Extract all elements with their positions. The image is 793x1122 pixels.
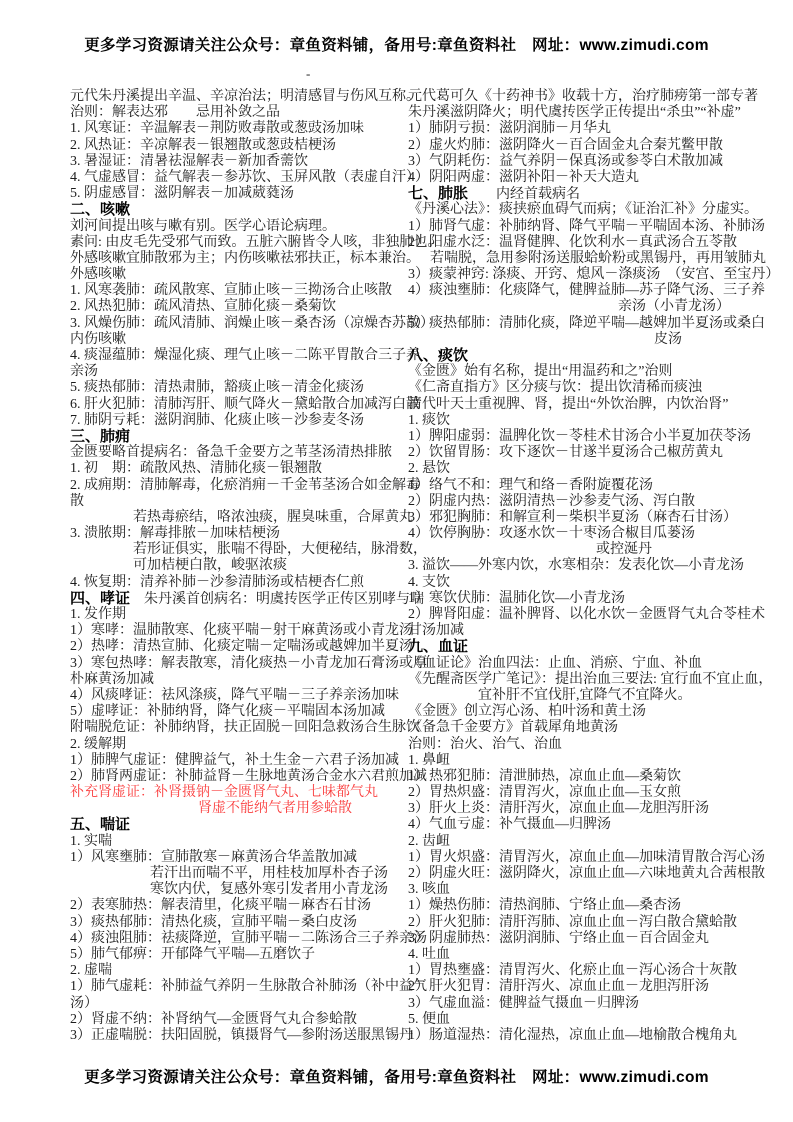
section-heading-label: 二、咳嗽	[70, 201, 130, 218]
line-text: 3. 溢饮——外寒内饮，水寒相杂：发表化饮—小青龙汤	[408, 558, 744, 573]
line-text: 1. 初 期：疏散风热、清肺化痰－银翘散	[70, 461, 322, 476]
doc-line: 1）肺脾气虚证：健脾益气，补土生金－六君子汤加减	[70, 753, 402, 769]
line-text: 《金匮》始有名称，提出“用温药和之”治则	[408, 364, 672, 379]
section-heading-label: 九、血证	[408, 638, 468, 655]
section-heading-label: 五、喘证	[70, 816, 130, 833]
line-text: 2）胃热炽盛：清胃泻火，凉血止血—玉女煎	[408, 785, 681, 800]
line-text: 散	[70, 494, 84, 509]
doc-line: 补充肾虚证：补肾摄钠－金匮肾气丸、七味都气丸	[70, 785, 402, 801]
doc-line: 2）肾虚不纳：补肾纳气—金匮肾气丸合参蛤散	[70, 1012, 402, 1028]
header-promo-text: 更多学习资源请关注公众号：章鱼资料铺，备用号:章鱼资料社 网址：www.zimu…	[0, 33, 793, 55]
doc-line: 1）脾阳虚弱：温脾化饮－苓桂术甘汤合小半夏加茯苓汤	[408, 429, 755, 445]
doc-line: 6. 肝火犯肺：清肺泻肝、顺气降火－黛蛤散合加减泻白散	[70, 397, 402, 413]
doc-line: 若汗出而喘不平，用桂枝加厚朴杏子汤	[70, 866, 402, 882]
document-body: 元代朱丹溪提出辛温、辛凉治法；明清感冒与伤风互称。治则：解表达邪 忌用补敛之品1…	[70, 89, 755, 1044]
line-text: 2. 风热犯肺：疏风清热、宣肺化痰－桑菊饮	[70, 299, 336, 314]
doc-line: 《先醒斋医学广笔记》：提出治血三要法: 宜行血不宜止血，	[408, 672, 755, 688]
line-text: 1）风寒壅肺：宣肺散寒－麻黄汤合华盖散加减	[70, 850, 357, 865]
line-text: 3. 风燥伤肺：疏风清肺、润燥止咳－桑杏汤（凉燥杏苏散）	[70, 316, 434, 331]
doc-line: 4. 痰湿蕴肺：燥湿化痰、理气止咳－二陈平胃散合三子养	[70, 348, 402, 364]
doc-line: 5）痰热郁肺：清肺化痰，降逆平喘—越婢加半夏汤或桑白	[408, 316, 755, 332]
doc-line: 4. 支饮	[408, 575, 755, 591]
line-text: 2）肺肾两虚证：补肺益肾－生脉地黄汤合金水六君煎加减	[70, 769, 427, 784]
document-page: 更多学习资源请关注公众号：章鱼资料铺，备用号:章鱼资料社 网址：www.zimu…	[0, 0, 793, 1122]
line-text: 4）痰浊壅肺：化痰降气，健脾益肺—苏子降气汤、三子养	[408, 283, 765, 298]
line-text: 3. 暑湿证：清暑祛湿解表－新加香薷饮	[70, 154, 308, 169]
doc-line: 《血证论》治血四法：止血、消瘀、宁血、补血	[408, 656, 755, 672]
line-text: 肾虚不能纳气者用参蛤散	[198, 801, 352, 816]
doc-line: 3）气虚血溢：健脾益气摄血－归脾汤	[408, 996, 755, 1012]
line-text: 3）气阴耗伤：益气养阴－保真汤或参苓白术散加减	[408, 154, 723, 169]
line-text: 4. 支饮	[408, 575, 450, 590]
doc-line: 2. 风热证：辛凉解表－银翘散或葱豉桔梗汤	[70, 138, 402, 154]
doc-line: 3）痰热郁肺：清热化痰，宣肺平喘－桑白皮汤	[70, 915, 402, 931]
doc-line: 皮汤	[408, 332, 755, 348]
line-text: 《金匮》创立泻心汤、柏叶汤和黄土汤	[408, 704, 646, 719]
doc-line: 2）阴虚内热：滋阴清热－沙参麦气汤、泻白散	[408, 494, 755, 510]
doc-line: 2. 虚喘	[70, 963, 402, 979]
line-text: 1. 风寒袭肺：疏风散寒、宣肺止咳－三拗汤合止咳散	[70, 283, 392, 298]
doc-line: 2）阳虚水泛：温肾健脾、化饮利水－真武汤合五苓散	[408, 235, 755, 251]
line-text: 2. 虚喘	[70, 963, 112, 978]
doc-line: 金匮要略首提病名：备急千金要方之苇茎汤清热排脓	[70, 445, 402, 461]
doc-line: 宜补肝不宜伐肝,宜降气不宜降火。	[408, 688, 755, 704]
doc-line: 1）寒哮：温肺散寒、化痰平喘－射干麻黄汤或小青龙汤	[70, 623, 402, 639]
doc-line: 四、哮证 朱丹溪首创病名：明虞抟医学正传区别哮与喘	[70, 591, 402, 607]
doc-line: 2）脾肾阳虚：温补脾肾、以化水饮－金匮肾气丸合苓桂术	[408, 607, 755, 623]
line-text: 若形证俱实，胀喘不得卧，大便秘结，脉滑数，	[133, 542, 427, 557]
doc-line: 若热毒瘀结，咯浓浊痰，腥臭味重，合犀黄丸	[70, 510, 402, 526]
line-text: 附喘脱危证：补肺纳肾，扶正固脱－回阳急救汤合生脉饮	[70, 720, 420, 735]
line-text: 内伤咳嗽	[70, 332, 126, 347]
doc-line: 5. 便血	[408, 1012, 755, 1028]
line-text: 4）痰浊阻肺：祛痰降逆，宣肺平喘－二陈汤合三子养亲汤	[70, 931, 427, 946]
doc-line: 外感咳嗽宜肺散邪为主；内伤咳嗽祛邪扶正，标本兼治。	[70, 251, 402, 267]
doc-line: 1. 风寒袭肺：疏风散寒、宣肺止咳－三拗汤合止咳散	[70, 283, 402, 299]
doc-line: 7. 肺阴亏耗：滋阴润肺、化痰止咳－沙参麦冬汤	[70, 413, 402, 429]
doc-line: 3）肝火上炎：清肝泻火，凉血止血—龙胆泻肝汤	[408, 801, 755, 817]
doc-line: 3. 暑湿证：清暑祛湿解表－新加香薷饮	[70, 154, 402, 170]
doc-line: 4. 吐血	[408, 947, 755, 963]
doc-line: 4. 气虚感冒：益气解表－参苏饮、玉屏风散（表虚自汗）	[70, 170, 402, 186]
doc-line: 2. 齿衄	[408, 834, 755, 850]
doc-line: 甘汤加减	[408, 623, 755, 639]
doc-line: 《金匮》创立泻心汤、柏叶汤和黄土汤	[408, 704, 755, 720]
line-text: 《血证论》治血四法：止血、消瘀、宁血、补血	[408, 656, 702, 671]
line-text: 3）寒包热哮：解表散寒，清化痰热－小青龙加石膏汤或厚	[70, 656, 427, 671]
doc-line: 可加桔梗白散，峻驱浓痰	[70, 558, 402, 574]
line-text: 1）肺气虚耗：补肺益气养阴－生脉散合补肺汤（补中益气	[70, 979, 427, 994]
doc-line: 2. 缓解期	[70, 737, 402, 753]
line-text: 5. 痰热郁肺：清热肃肺，豁痰止咳－清金化痰汤	[70, 380, 364, 395]
line-text: 4. 吐血	[408, 947, 450, 962]
doc-line: 2）肝火犯胃：清肝泻火、凉血止血－龙胆泻肝汤	[408, 979, 755, 995]
doc-line: 5）虚哮证：补肺纳肾，降气化痰－平喘固本汤加减	[70, 704, 402, 720]
line-text: 2. 风热证：辛凉解表－银翘散或葱豉桔梗汤	[70, 138, 336, 153]
line-text: 皮汤	[654, 332, 682, 347]
doc-line: 亲汤（小青龙汤）	[408, 299, 755, 315]
doc-line: 刘河间提出咳与嗽有别。医学心语论病理。	[70, 219, 402, 235]
doc-line: 5. 痰热郁肺：清热肃肺，豁痰止咳－清金化痰汤	[70, 380, 402, 396]
line-text: 3. 溃脓期：解毒排脓－加味桔梗汤	[70, 526, 280, 541]
doc-line: 3）阴虚肺热：滋阴润肺、宁络止血－百合固金丸	[408, 931, 755, 947]
doc-line: 外感咳嗽	[70, 267, 402, 283]
line-text: 1）胃火炽盛：清胃泻火，凉血止血—加味清胃散合泻心汤	[408, 850, 765, 865]
doc-line: 4）气血亏虚：补气摄血—归脾汤	[408, 817, 755, 833]
line-text: 5. 便血	[408, 1012, 450, 1027]
line-text: 3）正虚喘脱：扶阳固脱，镇摄肾气—参附汤送服黑锡丹	[70, 1028, 413, 1043]
doc-line: 1. 痰饮	[408, 413, 755, 429]
doc-line: 4）风痰哮证：祛风涤痰，降气平喘－三子养亲汤加味	[70, 688, 402, 704]
line-text: 1. 痰饮	[408, 413, 450, 428]
line-text: 内经首载病名	[468, 187, 580, 202]
doc-line: 1. 发作期	[70, 607, 402, 623]
line-text: 2）虚火灼肺：滋阴降火－百合固金丸合秦艽鳖甲散	[408, 138, 723, 153]
doc-line: 3）寒包热哮：解表散寒，清化痰热－小青龙加石膏汤或厚	[70, 656, 402, 672]
doc-line: 1）胃火炽盛：清胃泻火，凉血止血—加味清胃散合泻心汤	[408, 850, 755, 866]
line-text: 3）气虚血溢：健脾益气摄血－归脾汤	[408, 996, 639, 1011]
line-text: 4）阴阳两虚：滋阴补阳－补天大造丸	[408, 170, 639, 185]
doc-line: 1）肺肾气虚：补肺纳肾、降气平喘－平喘固本汤、补肺汤	[408, 219, 755, 235]
line-text: 4）气血亏虚：补气摄血—归脾汤	[408, 817, 611, 832]
doc-line: 2）饮留胃肠：攻下逐饮－甘遂半夏汤合己椒苈黄丸	[408, 445, 755, 461]
doc-line: 清代叶天士重视脾、肾，提出“外饮治脾，内饮治肾”	[408, 397, 755, 413]
doc-line: 1）燥热伤肺：清热润肺、宁络止血—桑杏汤	[408, 898, 755, 914]
line-text: 甘汤加减	[408, 623, 464, 638]
line-text: 1. 发作期	[70, 607, 126, 622]
doc-line: 或控涎丹	[408, 542, 755, 558]
section-heading: 五、喘证	[70, 817, 402, 833]
doc-line: 附喘脱危证：补肺纳肾，扶正固脱－回阳急救汤合生脉饮	[70, 720, 402, 736]
doc-line: 1）络气不和：理气和络－香附旋覆花汤	[408, 478, 755, 494]
doc-line: 2）胃热炽盛：清胃泻火，凉血止血—玉女煎	[408, 785, 755, 801]
doc-line: 5. 阴虚感冒：滋阴解表－加减葳蕤汤	[70, 186, 402, 202]
line-text: 5）虚哮证：补肺纳肾，降气化痰－平喘固本汤加减	[70, 704, 385, 719]
line-text: 若热毒瘀结，咯浓浊痰，腥臭味重，合犀黄丸	[133, 510, 413, 525]
section-heading-label: 四、哮证	[70, 590, 130, 607]
doc-line: 2）热哮：清热宣肺、化痰定喘－定喘汤或越婢加半夏汤	[70, 639, 402, 655]
line-text: 4. 气虚感冒：益气解表－参苏饮、玉屏风散（表虚自汗）	[70, 170, 420, 185]
line-text: 4）风痰哮证：祛风涤痰，降气平喘－三子养亲汤加味	[70, 688, 399, 703]
doc-line: 1. 风寒证：辛温解表－荆防败毒散或葱豉汤加味	[70, 121, 402, 137]
doc-line: 七、肺胀 内经首载病名	[408, 186, 755, 202]
line-text: 可加桔梗白散，峻驱浓痰	[133, 558, 287, 573]
doc-line: 3. 风燥伤肺：疏风清肺、润燥止咳－桑杏汤（凉燥杏苏散）	[70, 316, 402, 332]
doc-line: 2）表寒肺热：解表清里，化痰平喘－麻杏石甘汤	[70, 898, 402, 914]
line-text: 3）痰蒙神窍: 涤痰、开窍、熄风－涤痰汤 （安宫、至宝丹）	[408, 267, 779, 282]
line-text: 素问: 由皮毛先受邪气而致。五脏六腑皆令人咳，非独肺也。	[70, 235, 441, 250]
line-text: 4. 恢复期：清养补肺－沙参清肺汤或桔梗杏仁煎	[70, 575, 364, 590]
line-text: 1）燥热伤肺：清热润肺、宁络止血—桑杏汤	[408, 898, 681, 913]
line-text: 1. 鼻衄	[408, 753, 450, 768]
doc-line: 1）肺阴亏损：滋阴润肺－月华丸	[408, 121, 755, 137]
line-text: 寒饮内伏，复感外寒引发者用小青龙汤	[150, 882, 388, 897]
footer-promo-text: 更多学习资源请关注公众号：章鱼资料铺，备用号:章鱼资料社 网址：www.zimu…	[0, 1065, 793, 1087]
section-heading: 二、咳嗽	[70, 202, 402, 218]
doc-line: 4）痰浊阻肺：祛痰降逆，宣肺平喘－二陈汤合三子养亲汤	[70, 931, 402, 947]
line-text: 1）热邪犯肺：清泄肺热，凉血止血—桑菊饮	[408, 769, 681, 784]
doc-line: 1. 鼻衄	[408, 753, 755, 769]
doc-line: 散	[70, 494, 402, 510]
line-text: 1）肠道湿热：清化湿热，凉血止血—地榆散合槐角丸	[408, 1028, 737, 1043]
line-text: 2. 缓解期	[70, 737, 126, 752]
doc-line: 3）气阴耗伤：益气养阴－保真汤或参苓白术散加减	[408, 154, 755, 170]
line-text: 2）脾肾阳虚：温补脾肾、以化水饮－金匮肾气丸合苓桂术	[408, 607, 765, 622]
doc-line: 1）风寒壅肺：宣肺散寒－麻黄汤合华盖散加减	[70, 850, 402, 866]
line-text: 1）肺阴亏损：滋阴润肺－月华丸	[408, 121, 611, 136]
line-text: 1）脾阳虚弱：温脾化饮－苓桂术甘汤合小半夏加茯苓汤	[408, 429, 751, 444]
line-text: 3）邪犯胸肺：和解宣利－柴枳半夏汤（麻杏石甘汤）	[408, 510, 737, 525]
doc-line: 3. 咳血	[408, 882, 755, 898]
line-text: 外感咳嗽	[70, 267, 126, 282]
line-text: 2）阳虚水泛：温肾健脾、化饮利水－真武汤合五苓散	[408, 235, 737, 250]
doc-line: 朱丹溪滋阴降火；明代虞抟医学正传提出“杀虫”“补虚”	[408, 105, 755, 121]
page-dash-mark: -	[306, 66, 310, 82]
doc-line: 汤）	[70, 996, 402, 1012]
line-text: 汤）	[70, 996, 98, 1011]
line-text: 4. 痰湿蕴肺：燥湿化痰、理气止咳－二陈平胃散合三子养	[70, 348, 420, 363]
section-heading: 九、血证	[408, 639, 755, 655]
section-heading: 三、肺痈	[70, 429, 402, 445]
line-text: 《丹溪心法》：痰挟瘀血碍气而病；《证治汇补》分虚实。	[408, 202, 758, 217]
doc-line: 《金匮》始有名称，提出“用温药和之”治则	[408, 364, 755, 380]
doc-line: 2. 悬饮	[408, 461, 755, 477]
doc-line: 3）痰蒙神窍: 涤痰、开窍、熄风－涤痰汤 （安宫、至宝丹）	[408, 267, 755, 283]
doc-line: 治则：解表达邪 忌用补敛之品	[70, 105, 402, 121]
doc-line: 肾虚不能纳气者用参蛤散	[70, 801, 402, 817]
line-text: 清代叶天士重视脾、肾，提出“外饮治脾，内饮治肾”	[408, 397, 728, 412]
doc-line: 2）肺肾两虚证：补肺益肾－生脉地黄汤合金水六君煎加减	[70, 769, 402, 785]
doc-line: 4. 恢复期：清养补肺－沙参清肺汤或桔梗杏仁煎	[70, 575, 402, 591]
line-text: 若汗出而喘不平，用桂枝加厚朴杏子汤	[150, 866, 388, 881]
doc-line: 1）寒饮伏肺：温肺化饮—小青龙汤	[408, 591, 755, 607]
doc-line: 5）肺气郁痹：开郁降气平喘—五磨饮子	[70, 947, 402, 963]
line-text: 亲汤	[70, 364, 98, 379]
line-text: 亲汤（小青龙汤）	[618, 299, 730, 314]
doc-line: 1. 实喘	[70, 834, 402, 850]
doc-line: 若喘脱，急用参附汤送服蛤蚧粉或黑锡丹，再用皱肺丸	[408, 251, 755, 267]
line-text: 补充肾虚证：补肾摄钠－金匮肾气丸、七味都气丸	[70, 785, 378, 800]
line-text: 1. 风寒证：辛温解表－荆防败毒散或葱豉汤加味	[70, 121, 364, 136]
doc-line: 朴麻黄汤加减	[70, 672, 402, 688]
line-text: 若喘脱，急用参附汤送服蛤蚧粉或黑锡丹，再用皱肺丸	[430, 251, 766, 266]
line-text: 治则：解表达邪 忌用补敛之品	[70, 105, 280, 120]
line-text: 2）表寒肺热：解表清里，化痰平喘－麻杏石甘汤	[70, 898, 371, 913]
line-text: 《仁斋直指方》区分痰与饮：提出饮清稀而痰浊	[408, 380, 702, 395]
line-text: 元代葛可久《十药神书》收载十方，治疗肺痨第一部专著	[408, 89, 758, 104]
doc-line: 4）阴阳两虚：滋阴补阳－补天大造丸	[408, 170, 755, 186]
line-text: 1）肺肾气虚：补肺纳肾、降气平喘－平喘固本汤、补肺汤	[408, 219, 765, 234]
line-text: 朴麻黄汤加减	[70, 672, 154, 687]
doc-line: 1）胃热壅盛：清胃泻火、化瘀止血－泻心汤合十灰散	[408, 963, 755, 979]
line-text: 7. 肺阴亏耗：滋阴润肺、化痰止咳－沙参麦冬汤	[70, 413, 364, 428]
doc-line: 2）肝火犯肺：清肝泻肺、凉血止血－泻白散合黛蛤散	[408, 915, 755, 931]
doc-line: 4）饮停胸胁：攻逐水饮－十枣汤合椒目瓜蒌汤	[408, 526, 755, 542]
doc-line: 《丹溪心法》：痰挟瘀血碍气而病；《证治汇补》分虚实。	[408, 202, 755, 218]
doc-line: 2. 风热犯肺：疏风清热、宣肺化痰－桑菊饮	[70, 299, 402, 315]
line-text: 刘河间提出咳与嗽有别。医学心语论病理。	[70, 219, 336, 234]
line-text: 元代朱丹溪提出辛温、辛凉治法；明清感冒与伤风互称。	[70, 89, 420, 104]
line-text: 2. 悬饮	[408, 461, 450, 476]
doc-line: 3. 溢饮——外寒内饮，水寒相杂：发表化饮—小青龙汤	[408, 558, 755, 574]
doc-line: 1）热邪犯肺：清泄肺热，凉血止血—桑菊饮	[408, 769, 755, 785]
line-text: 2）热哮：清热宣肺、化痰定喘－定喘汤或越婢加半夏汤	[70, 639, 413, 654]
doc-line: 《备急千金要方》首载犀角地黄汤	[408, 720, 755, 736]
doc-line: 素问: 由皮毛先受邪气而致。五脏六腑皆令人咳，非独肺也。	[70, 235, 402, 251]
doc-line: 3）邪犯胸肺：和解宣利－柴枳半夏汤（麻杏石甘汤）	[408, 510, 755, 526]
doc-line: 《仁斋直指方》区分痰与饮：提出饮清稀而痰浊	[408, 380, 755, 396]
doc-line: 元代朱丹溪提出辛温、辛凉治法；明清感冒与伤风互称。	[70, 89, 402, 105]
line-text: 外感咳嗽宜肺散邪为主；内伤咳嗽祛邪扶正，标本兼治。	[70, 251, 420, 266]
section-heading-label: 七、肺胀	[408, 185, 468, 202]
line-text: 5）肺气郁痹：开郁降气平喘—五磨饮子	[70, 947, 315, 962]
line-text: 5）痰热郁肺：清肺化痰，降逆平喘—越婢加半夏汤或桑白	[408, 316, 765, 331]
line-text: 2）肝火犯胃：清肝泻火、凉血止血－龙胆泻肝汤	[408, 979, 709, 994]
line-text: 2）肝火犯肺：清肝泻肺、凉血止血－泻白散合黛蛤散	[408, 915, 737, 930]
line-text: 1）寒饮伏肺：温肺化饮—小青龙汤	[408, 591, 625, 606]
doc-line: 寒饮内伏，复感外寒引发者用小青龙汤	[70, 882, 402, 898]
section-heading-label: 三、肺痈	[70, 428, 130, 445]
line-text: 2. 成痈期：清肺解毒，化瘀消痈－千金苇茎汤合如金解毒	[70, 478, 420, 493]
doc-line: 4）痰浊壅肺：化痰降气，健脾益肺—苏子降气汤、三子养	[408, 283, 755, 299]
line-text: 1）络气不和：理气和络－香附旋覆花汤	[408, 478, 653, 493]
doc-line: 2. 成痈期：清肺解毒，化瘀消痈－千金苇茎汤合如金解毒	[70, 478, 402, 494]
line-text: 朱丹溪滋阴降火；明代虞抟医学正传提出“杀虫”“补虚”	[408, 105, 741, 120]
line-text: 3）阴虚肺热：滋阴润肺、宁络止血－百合固金丸	[408, 931, 709, 946]
line-text: 3. 咳血	[408, 882, 450, 897]
line-text: 2）饮留胃肠：攻下逐饮－甘遂半夏汤合己椒苈黄丸	[408, 445, 723, 460]
doc-line: 若形证俱实，胀喘不得卧，大便秘结，脉滑数，	[70, 542, 402, 558]
line-text: 2. 齿衄	[408, 834, 450, 849]
doc-line: 1. 初 期：疏散风热、清肺化痰－银翘散	[70, 461, 402, 477]
line-text: 1）肺脾气虚证：健脾益气，补土生金－六君子汤加减	[70, 753, 399, 768]
line-text: 1）胃热壅盛：清胃泻火、化瘀止血－泻心汤合十灰散	[408, 963, 737, 978]
doc-line: 内伤咳嗽	[70, 332, 402, 348]
section-heading-label: 八、痰饮	[408, 347, 468, 364]
doc-line: 1）肠道湿热：清化湿热，凉血止血—地榆散合槐角丸	[408, 1028, 755, 1044]
doc-line: 2）虚火灼肺：滋阴降火－百合固金丸合秦艽鳖甲散	[408, 138, 755, 154]
doc-line: 亲汤	[70, 364, 402, 380]
line-text: 1. 实喘	[70, 834, 112, 849]
doc-line: 1）肺气虚耗：补肺益气养阴－生脉散合补肺汤（补中益气	[70, 979, 402, 995]
line-text: 4）饮停胸胁：攻逐水饮－十枣汤合椒目瓜蒌汤	[408, 526, 695, 541]
doc-line: 治则：治火、治气、治血	[408, 737, 755, 753]
line-text: 2）肾虚不纳：补肾纳气—金匮肾气丸合参蛤散	[70, 1012, 357, 1027]
line-text: 《备急千金要方》首载犀角地黄汤	[408, 720, 618, 735]
line-text: 1）寒哮：温肺散寒、化痰平喘－射干麻黄汤或小青龙汤	[70, 623, 413, 638]
line-text: 3）肝火上炎：清肝泻火，凉血止血—龙胆泻肝汤	[408, 801, 709, 816]
line-text: 2）阴虚内热：滋阴清热－沙参麦气汤、泻白散	[408, 494, 695, 509]
doc-line: 元代葛可久《十药神书》收载十方，治疗肺痨第一部专著	[408, 89, 755, 105]
line-text: 宜补肝不宜伐肝,宜降气不宜降火。	[478, 688, 692, 703]
line-text: 5. 阴虚感冒：滋阴解表－加减葳蕤汤	[70, 186, 294, 201]
right-column: 元代葛可久《十药神书》收载十方，治疗肺痨第一部专著朱丹溪滋阴降火；明代虞抟医学正…	[408, 89, 755, 1044]
line-text: 《先醒斋医学广笔记》：提出治血三要法: 宜行血不宜止血，	[408, 672, 772, 687]
doc-line: 3）正虚喘脱：扶阳固脱，镇摄肾气—参附汤送服黑锡丹	[70, 1028, 402, 1044]
line-text: 治则：治火、治气、治血	[408, 737, 562, 752]
doc-line: 3. 溃脓期：解毒排脓－加味桔梗汤	[70, 526, 402, 542]
doc-line: 2）阴虚火旺：滋阴降火，凉血止血—六味地黄丸合茜根散	[408, 866, 755, 882]
line-text: 朱丹溪首创病名：明虞抟医学正传区别哮与喘	[130, 592, 424, 607]
line-text: 或控涎丹	[596, 542, 652, 557]
section-heading: 八、痰饮	[408, 348, 755, 364]
left-column: 元代朱丹溪提出辛温、辛凉治法；明清感冒与伤风互称。治则：解表达邪 忌用补敛之品1…	[70, 89, 402, 1044]
line-text: 3）痰热郁肺：清热化痰，宣肺平喘－桑白皮汤	[70, 915, 357, 930]
line-text: 6. 肝火犯肺：清肺泻肝、顺气降火－黛蛤散合加减泻白散	[70, 397, 420, 412]
line-text: 金匮要略首提病名：备急千金要方之苇茎汤清热排脓	[70, 445, 392, 460]
line-text: 2）阴虚火旺：滋阴降火，凉血止血—六味地黄丸合茜根散	[408, 866, 765, 881]
